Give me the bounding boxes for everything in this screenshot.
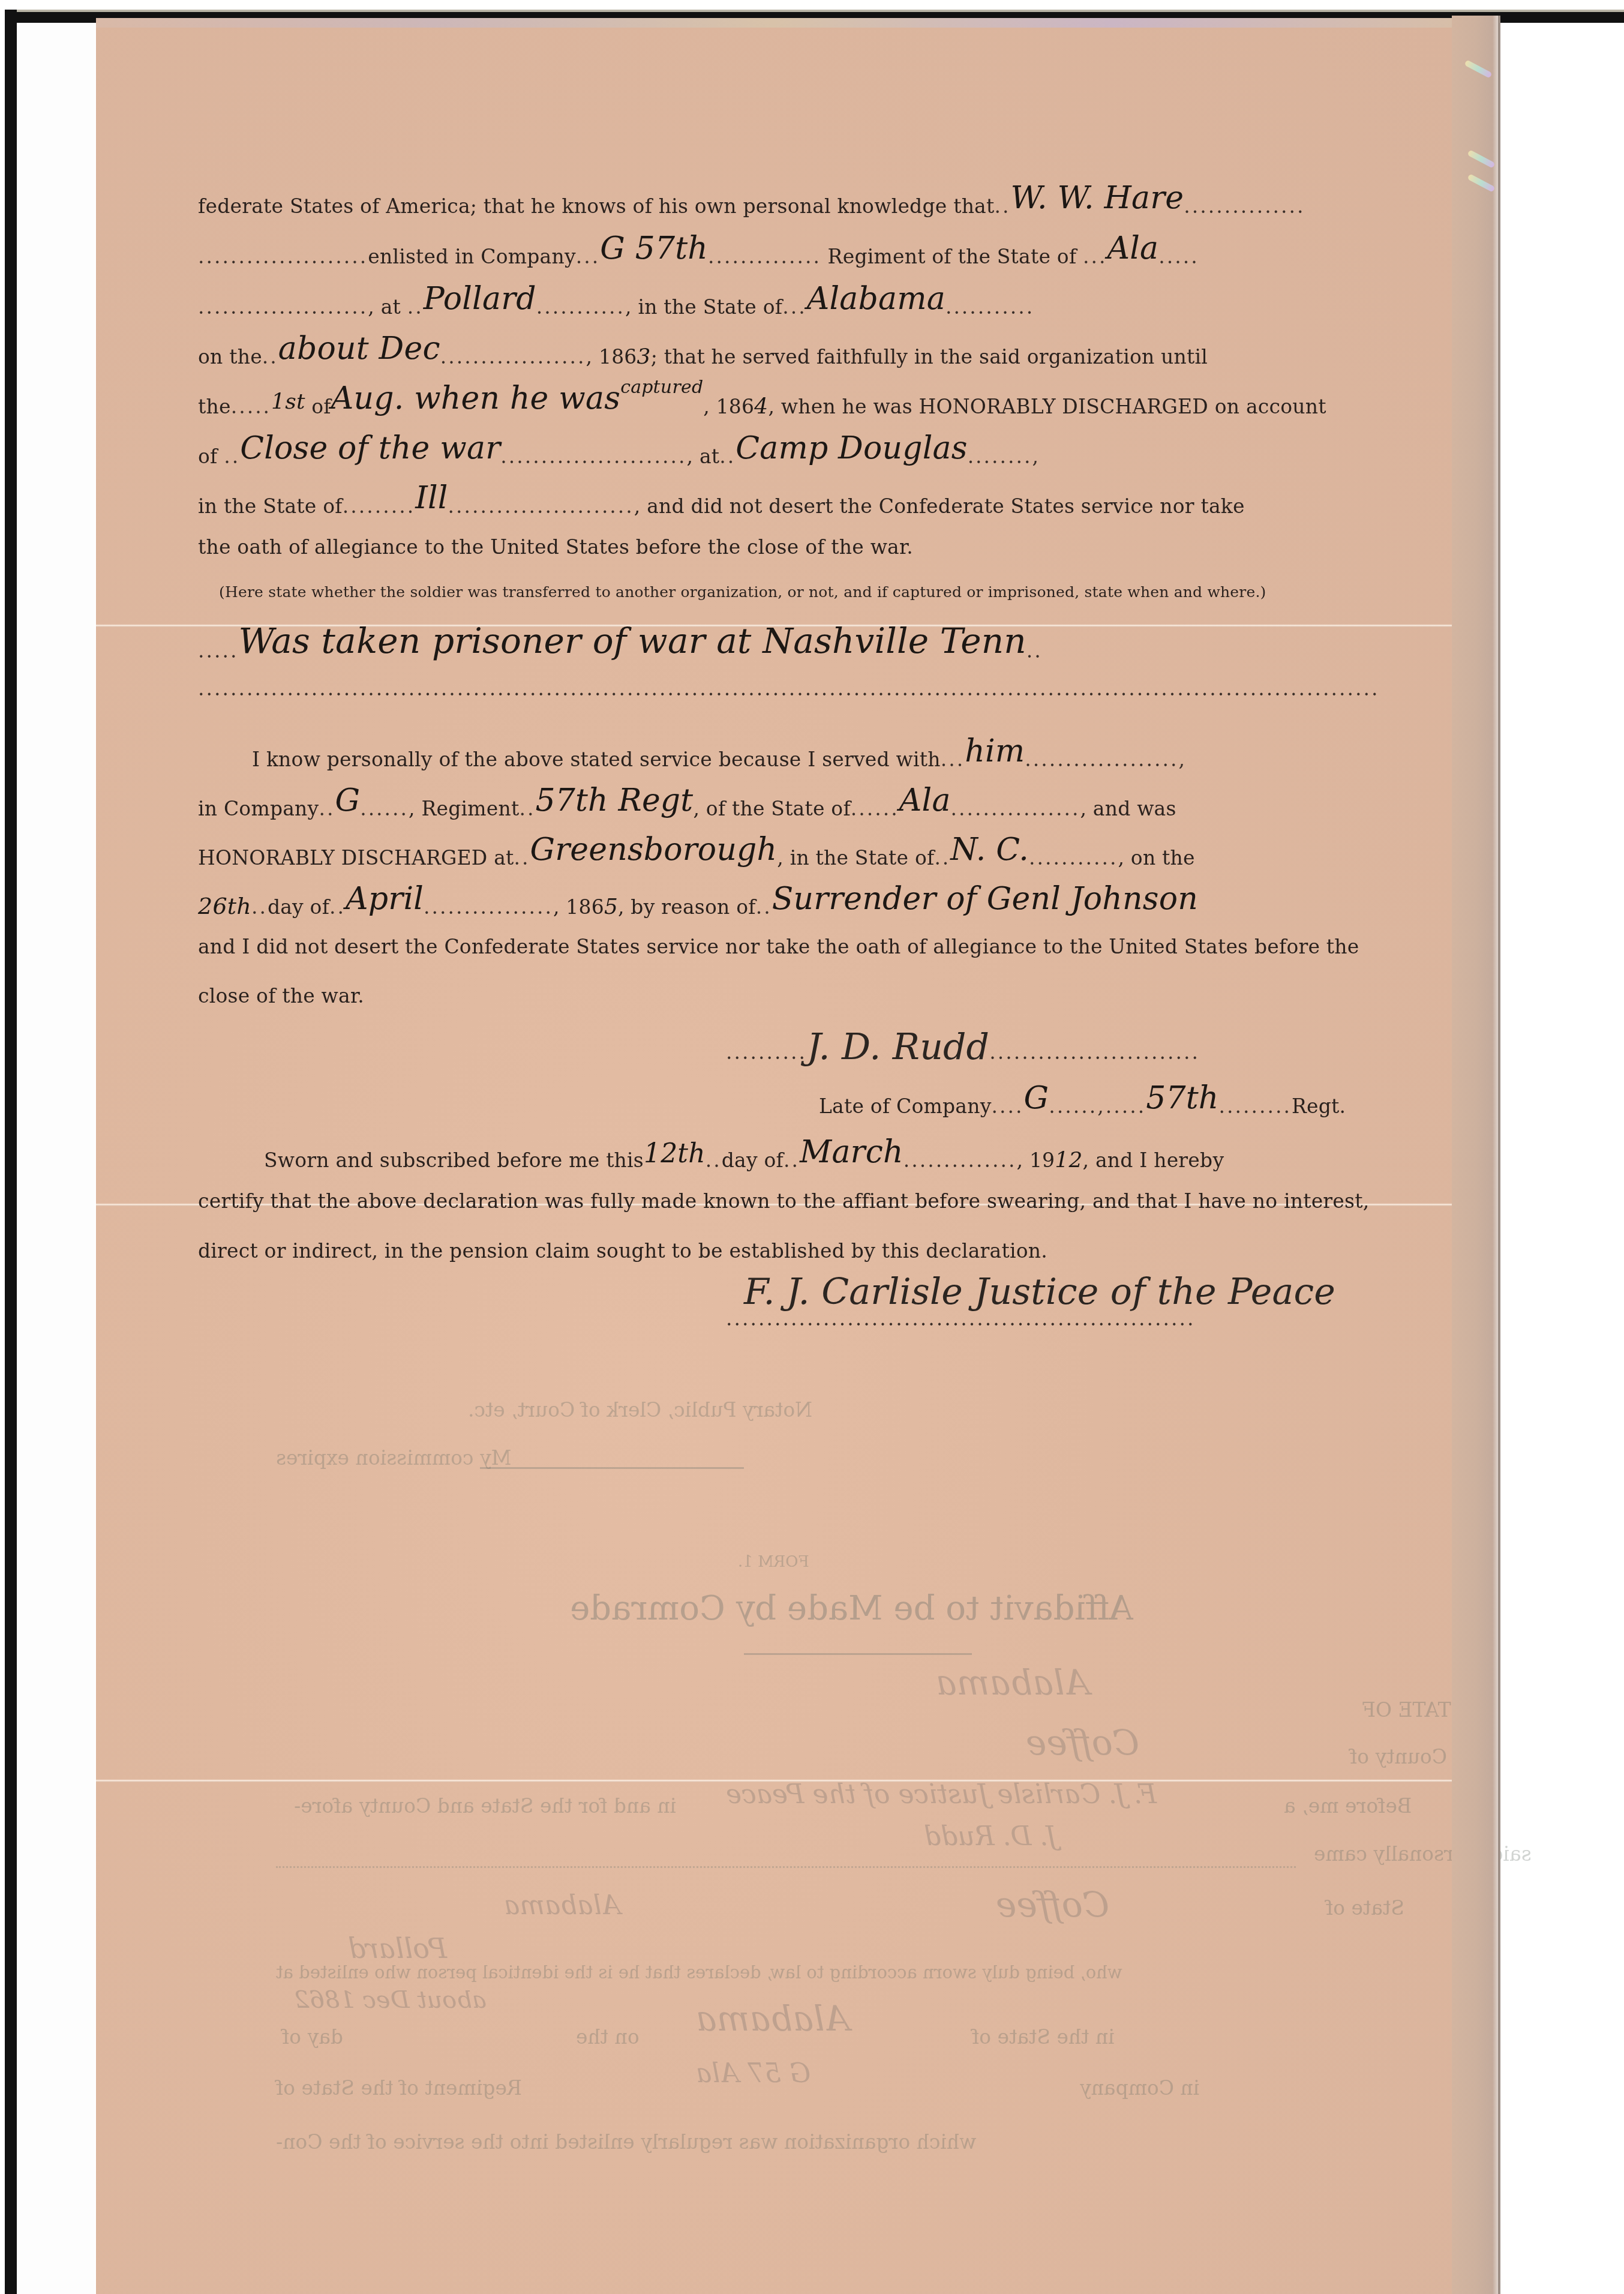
scanner-top-highlight xyxy=(5,10,1624,12)
affidavit-line-4: on the..about Dec.................., 186… xyxy=(198,335,1404,371)
document-page: federate States of America; that he know… xyxy=(96,18,1452,2294)
bleed-hw-state-2: Alabama xyxy=(504,1890,620,1921)
affiant-company: G xyxy=(335,782,360,818)
affiant-discharge-state: N. C. xyxy=(950,832,1029,868)
blank-dotted-line: ........................................… xyxy=(198,677,1404,700)
enlistment-year-digit: 3 xyxy=(637,344,651,369)
bleed-hw-state-3: Alabama xyxy=(696,1998,849,2039)
left-margin-white xyxy=(17,23,95,2294)
bleed-hw-date: about Dec 1862 xyxy=(294,1986,487,2014)
bleed-text: which organization was regularly enliste… xyxy=(276,2130,977,2154)
bleed-text: in and for the State and County afore- xyxy=(294,1794,676,1818)
service-line-5: and I did not desert the Confederate Sta… xyxy=(198,935,1404,958)
bleed-commission-text: My commission expires xyxy=(276,1446,512,1470)
discharge-state: Ill xyxy=(415,480,448,516)
bleed-county-label: County of xyxy=(1350,1745,1447,1768)
bleed-text: Before me, a xyxy=(1284,1794,1412,1818)
right-margin-white xyxy=(1500,23,1624,2294)
bleed-state-label: STATE OF xyxy=(1362,1698,1464,1722)
discharge-place: Camp Douglas xyxy=(736,430,967,466)
affiant-signature-line: ..........J. D. Rudd....................… xyxy=(726,1026,1326,1068)
discharge-reason: Close of the war xyxy=(240,430,500,466)
affidavit-line-2: .....................enlisted in Company… xyxy=(198,235,1404,271)
bleed-dots xyxy=(276,1866,1296,1870)
sleeve-edge xyxy=(1498,16,1500,2294)
company-regiment: G 57th xyxy=(600,230,708,266)
bleed-text: Regiment of the State of xyxy=(276,2076,522,2100)
service-line-2: in Company..G......, Regiment..57th Regt… xyxy=(198,787,1404,823)
enlistment-date: about Dec xyxy=(278,331,440,367)
affidavit-line-1: federate States of America; that he know… xyxy=(198,185,1404,221)
service-line-6: close of the war. xyxy=(198,984,1404,1007)
bleed-text: in the State of xyxy=(972,2025,1115,2049)
bleed-hw-state: Alabama xyxy=(936,1662,1089,1703)
affidavit-line-6: of ..Close of the war...................… xyxy=(198,435,1404,471)
bleed-text: State of xyxy=(1326,1896,1404,1920)
bleed-rule xyxy=(480,1467,744,1469)
bleed-text: day of xyxy=(282,2025,343,2049)
captured-insertion: captured xyxy=(620,377,703,398)
affidavit-line-7: in the State of.........Ill.............… xyxy=(198,485,1404,521)
instruction-note: (Here state whether the soldier was tran… xyxy=(219,583,1425,601)
protective-sleeve xyxy=(1452,16,1500,2294)
service-end-day: 1st xyxy=(271,389,305,414)
sworn-month: March xyxy=(800,1134,903,1170)
enlisted-state: Ala xyxy=(1107,230,1159,266)
service-end-year-digit: 4 xyxy=(754,394,768,419)
bleed-rule xyxy=(744,1653,972,1655)
affiant-discharge-month: April xyxy=(346,881,424,917)
affidavit-line-3: ....................., at ..Pollard.....… xyxy=(198,286,1404,322)
enlisted-place-state: Alabama xyxy=(807,281,945,317)
bleed-hw-officer: F. J. Carlisle Justice of the Peace xyxy=(726,1779,1157,1810)
capture-note: Was taken prisoner of war at Nashville T… xyxy=(238,620,1026,661)
bleed-hw-affiant: J. D. Rudd xyxy=(924,1821,1057,1852)
scanner-left-border xyxy=(5,10,17,2294)
late-of-regiment: 57th xyxy=(1146,1080,1218,1116)
affidavit-line-8: the oath of allegiance to the United Sta… xyxy=(198,535,1404,559)
sworn-year-digits: 12 xyxy=(1055,1148,1082,1173)
jurat-line-1: Sworn and subscribed before me this12th.… xyxy=(264,1139,1404,1175)
bleed-hw-company: G 57 Ala xyxy=(696,2058,811,2089)
late-of-company-line: Late of Company....G......,.....57th....… xyxy=(819,1085,1404,1121)
affiant-discharge-place: Greensborough xyxy=(530,832,778,868)
bleed-text: who, being duly sworn according to law, … xyxy=(276,1962,1122,1983)
capture-note-line: .....Was taken prisoner of war at Nashvi… xyxy=(198,625,1404,666)
bleed-hw-county: Coffee xyxy=(1026,1722,1139,1763)
bleed-text: on the xyxy=(576,2025,640,2049)
service-line-3: HONORABLY DISCHARGED at..Greensborough, … xyxy=(198,836,1404,872)
bleed-hw-county-2: Coffee xyxy=(996,1884,1109,1925)
sworn-day: 12th xyxy=(644,1138,706,1169)
served-with: him xyxy=(965,733,1025,769)
jurat-line-2: certify that the above declaration was f… xyxy=(198,1189,1404,1213)
affidavit-line-5: the.....1st ofAug. when he wascaptured, … xyxy=(198,385,1404,421)
service-line-1: I know personally of the above stated se… xyxy=(252,738,1404,774)
affiant-signature: J. D. Rudd xyxy=(807,1026,989,1068)
bleed-notary-text: Notary Public, Clerk of Court, etc. xyxy=(468,1398,812,1422)
late-of-company: G xyxy=(1024,1080,1049,1116)
jurat-line-3: direct or indirect, in the pension claim… xyxy=(198,1239,1404,1263)
affiant-state: Ala xyxy=(899,782,951,818)
officer-signature-dots: ........................................… xyxy=(726,1307,1326,1330)
affiant-discharge-year-digit: 5 xyxy=(604,895,618,919)
bleed-form-label: FORM 1. xyxy=(738,1553,809,1571)
affiant-discharge-day: 26th xyxy=(198,893,251,919)
affiant-regiment: 57th Regt xyxy=(535,782,693,818)
bleed-hw-place: Pollard xyxy=(348,1932,447,1965)
page-top-edge xyxy=(96,18,1452,28)
affiant-discharge-reason: Surrender of Genl Johnson xyxy=(772,881,1198,917)
soldier-name: W. W. Hare xyxy=(1010,180,1184,216)
service-line-4: 26th..day of..April................, 186… xyxy=(198,886,1404,922)
service-end-month: Aug. when he was xyxy=(331,380,620,416)
bleed-title: Affidavit to be Made by Comrade xyxy=(570,1589,1133,1628)
bleed-text: in Company xyxy=(1080,2076,1199,2100)
enlisted-place: Pollard xyxy=(424,281,536,317)
